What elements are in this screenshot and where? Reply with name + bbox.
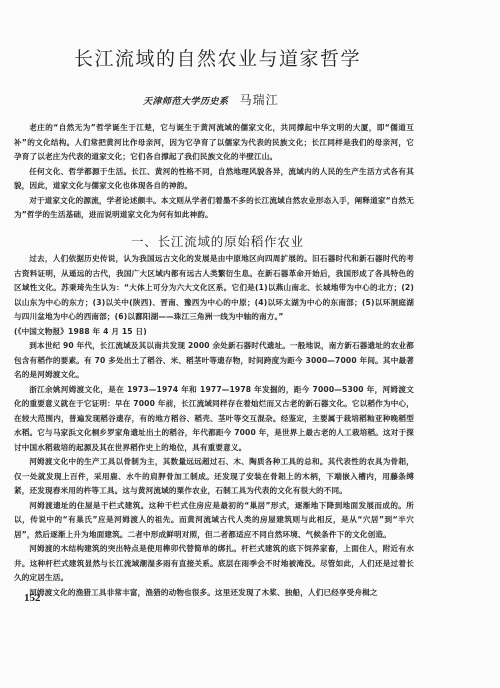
paragraph: 河姆渡遗址的住屋是干栏式建筑。这种干栏式住房应是最初的“巢居”形式，逐渐地下降到… (14, 499, 414, 543)
paragraph: 到本世纪 90 年代，长江流域及其以南共发现 2000 余处新石器时代遗址。一般… (14, 339, 414, 383)
citation: (《中国文物报》1988 年 4 月 15 日) (14, 325, 414, 340)
introduction: 老庄的“自然无为”哲学诞生于江楚，它与诞生于黄河流域的儒家文化，共同撑起中华文明… (14, 121, 414, 223)
paragraph: 河姆渡文化的渔猎工具非常丰富，渔猎的动物也很多。这里还发现了木桨、独船，人们已经… (14, 586, 414, 601)
paragraph: 老庄的“自然无为”哲学诞生于江楚，它与诞生于黄河流域的儒家文化，共同撑起中华文明… (14, 121, 414, 165)
author-name: 马瑞江 (240, 93, 279, 107)
paragraph: 任何文化、哲学都源于生活。长江、黄河的性格不同，自然地理风貌各异，流域内的人民的… (14, 165, 414, 194)
paragraph: 河姆渡文化中的生产工具以骨制为主，其数量远远超过石、木、陶质各种工具的总和。其代… (14, 455, 414, 499)
paragraph: 河姆渡的木结构建筑的突出特点是使用榫卯代替简单的绑扎。杆栏式建筑的底下饲养家畜，… (14, 542, 414, 586)
paragraph: 浙江余姚河姆渡文化，是在 1973—1974 年和 1977—1978 年发掘的… (14, 383, 414, 456)
paper-title: 长江流域的自然农业与道家哲学 (74, 44, 374, 71)
paragraph: 对于道家文化的源流，学者论述颇丰。本文则从学者们着墨不多的长江流域自然农业形态入… (14, 194, 414, 223)
paper-page: 长江流域的自然农业与道家哲学 天津师范大学历史系 马瑞江 老庄的“自然无为”哲学… (0, 0, 500, 688)
author-affiliation: 天津师范大学历史系 (143, 97, 229, 107)
section-heading: 一、长江流域的原始稻作农业 (131, 232, 304, 250)
byline: 天津师范大学历史系 马瑞江 (143, 89, 279, 108)
paragraph: 过去，人们依据历史传说，认为我国远古文化的发展是由中原地区向四周扩展的。旧石器时… (14, 252, 414, 325)
page-number: 152 (24, 592, 41, 604)
section-body: 过去，人们依据历史传说，认为我国远古文化的发展是由中原地区向四周扩展的。旧石器时… (14, 252, 414, 600)
